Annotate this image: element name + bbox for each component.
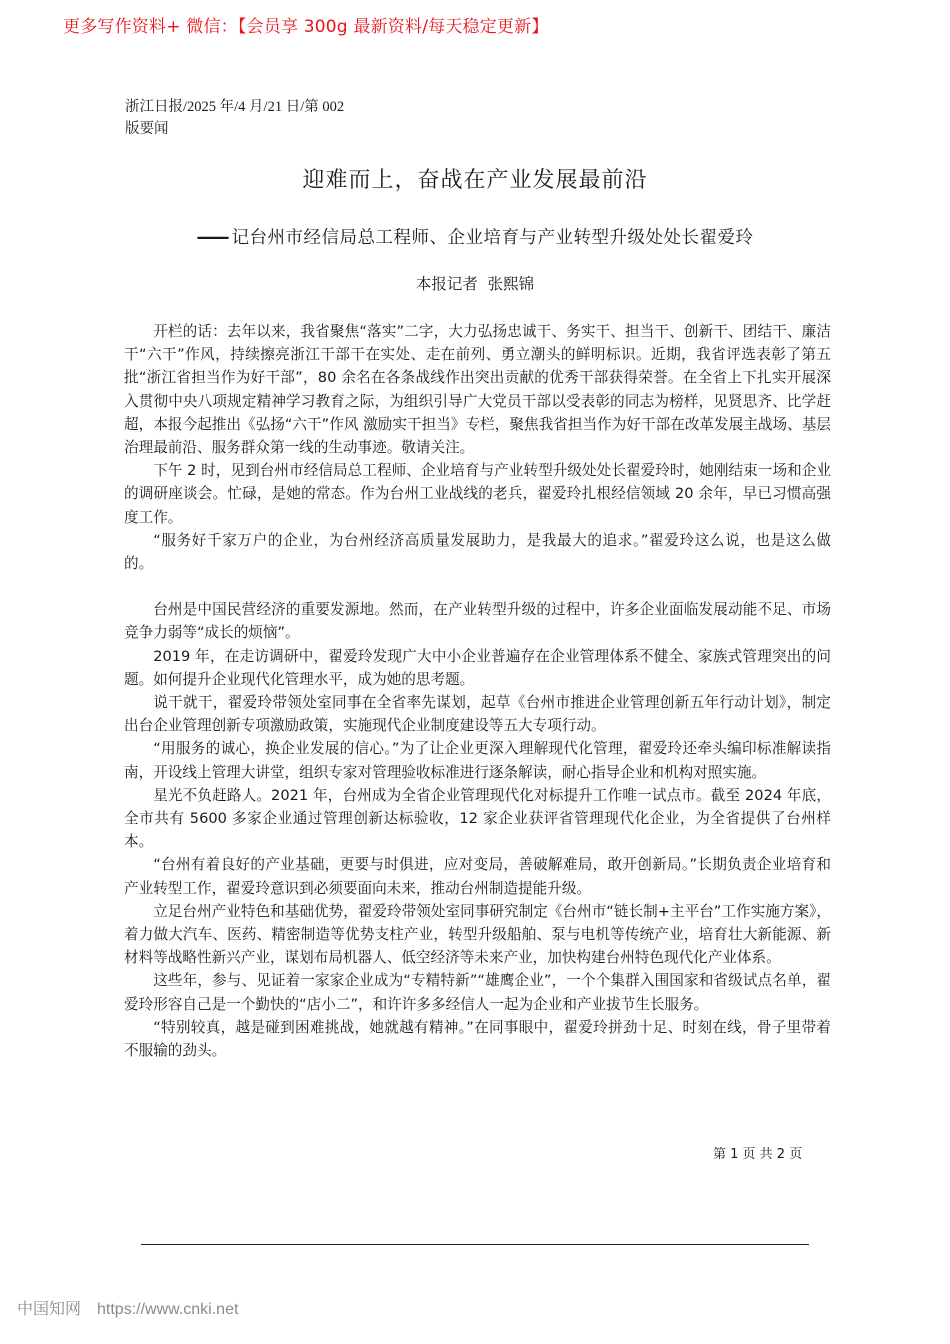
paragraph: 2019 年，在走访调研中，翟爱玲发现广大中小企业普遍存在企业管理体系不健全、家… [124,645,831,691]
byline: 本报记者 张熙锦 [0,272,950,294]
headline: 迎难而上，奋战在产业发展最前沿 [0,163,950,194]
paragraph: “服务好千家万户的企业，为台州经济高质量发展助力，是我最大的追求。”翟爱玲这么说… [124,529,831,575]
subheadline-dash: —— [197,228,228,248]
paragraph: 下午 2 时，见到台州市经信局总工程师、企业培育与产业转型升级处处长翟爱玲时，她… [124,459,831,529]
site-url[interactable]: https://www.cnki.net [97,1301,238,1318]
paragraph: “台州有着良好的产业基础，更要与时俱进，应对变局，善破解难局，敢开创新局。”长期… [124,853,831,899]
subheadline-text: 记台州市经信局总工程师、企业培育与产业转型升级处处长翟爱玲 [232,228,754,248]
footer-divider [141,1244,809,1245]
paragraph: 这些年，参与、见证着一家家企业成为“专精特新”“雄鹰企业”，一个个集群入围国家和… [124,969,831,1015]
paragraph: 说干就干，翟爱玲带领处室同事在全省率先谋划，起草《台州市推进企业管理创新五年行动… [124,691,831,737]
paragraph: 立足台州产业特色和基础优势，翟爱玲带领处室同事研究制定《台州市“链长制+主平台”… [124,900,831,970]
source-line-2: 版要闻 [125,118,425,140]
footer-watermark: 中国知网https://www.cnki.net [17,1296,238,1319]
subheadline: ——记台州市经信局总工程师、企业培育与产业转型升级处处长翟爱玲 [0,224,950,249]
article-body: 开栏的话：去年以来，我省聚焦“落实”二字，大力弘扬忠诚干、务实干、担当干、创新干… [124,320,831,1062]
site-name: 中国知网 [17,1299,81,1318]
source-info: 浙江日报/2025 年/4 月/21 日/第 002 版要闻 [125,96,425,140]
page-number: 第 1 页 共 2 页 [713,1143,802,1162]
paragraph: “特别较真，越是碰到困难挑战，她就越有精神。”在同事眼中，翟爱玲拼劲十足、时刻在… [124,1016,831,1062]
paragraph: 星光不负赶路人。2021 年，台州成为全省企业管理现代化对标提升工作唯一试点市。… [124,784,831,854]
promo-banner: 更多写作资料+ 微信：【会员享 300g 最新资料/每天稳定更新】 [63,12,549,37]
paragraph-intro: 开栏的话：去年以来，我省聚焦“落实”二字，大力弘扬忠诚干、务实干、担当干、创新干… [124,320,831,459]
paragraph: “用服务的诚心，换企业发展的信心。”为了让企业更深入理解现代化管理，翟爱玲还牵头… [124,737,831,783]
paragraph: 台州是中国民营经济的重要发源地。然而，在产业转型升级的过程中，许多企业面临发展动… [124,598,831,644]
source-line-1: 浙江日报/2025 年/4 月/21 日/第 002 [125,96,425,118]
